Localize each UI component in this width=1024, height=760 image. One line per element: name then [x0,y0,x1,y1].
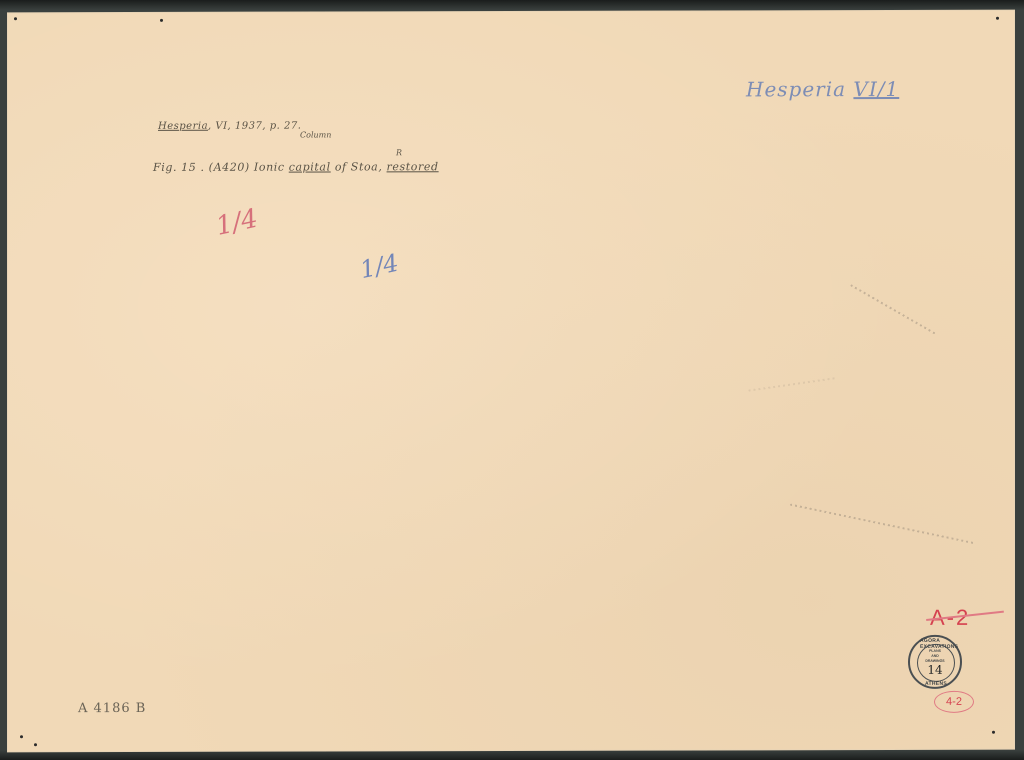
pin-hole [160,19,163,22]
graphite-smudge [790,504,976,545]
caption-text-a: . (A420) Ionic [196,161,288,174]
stamp-line-2: AND [910,654,960,658]
journal-name: Hesperia [158,121,208,132]
pin-hole [996,17,999,20]
pin-hole [20,735,23,738]
crossed-out-red-mark: A-2 [928,603,1008,637]
red-oval-label: 4-2 [934,691,974,713]
pin-hole [14,17,17,20]
graphite-smudge [748,377,837,392]
scale-note-red: 1/4 [216,208,266,278]
stamp-number: 14 [910,663,960,677]
figure-caption: Fig. 15 . (A420) Ionic capital of Stoa, … [153,160,439,174]
stamp-line-1: PLANS [910,649,960,653]
scale-note-blue: 1/4 [360,252,410,312]
stamp-bottom-text: ATHENS [925,681,947,687]
pin-hole [34,743,37,746]
reference-details: , VI, 1937, p. 27. [208,121,301,132]
scale-blue-text: 1/4 [358,249,402,285]
inserted-letter-r: R [396,148,402,157]
agora-excavations-stamp: AGORA EXCAVATIONS PLANS AND DRAWINGS 14 … [908,635,962,689]
publication-reference: Hesperia, VI, 1937, p. 27. [158,121,301,132]
inventory-number: A 4186 B [78,701,146,716]
caption-text-b: of Stoa, [331,160,387,173]
drawing-sheet: Hesperia, VI, 1937, p. 27. Column R Fig.… [8,11,1014,752]
scale-red-text: 1/4 [213,204,260,242]
struck-word-restored: restored [387,160,439,173]
hesperia-volume-label: Hesperia VI/1 [746,77,899,101]
hesperia-journal: Hesperia [746,77,853,101]
inserted-word-column: Column [300,130,331,139]
graphite-smudge [850,284,938,336]
figure-number: Fig. 15 [153,161,196,174]
pin-hole [992,731,995,734]
hesperia-volume: VI/1 [853,77,899,101]
struck-word-capital: capital [289,160,331,173]
